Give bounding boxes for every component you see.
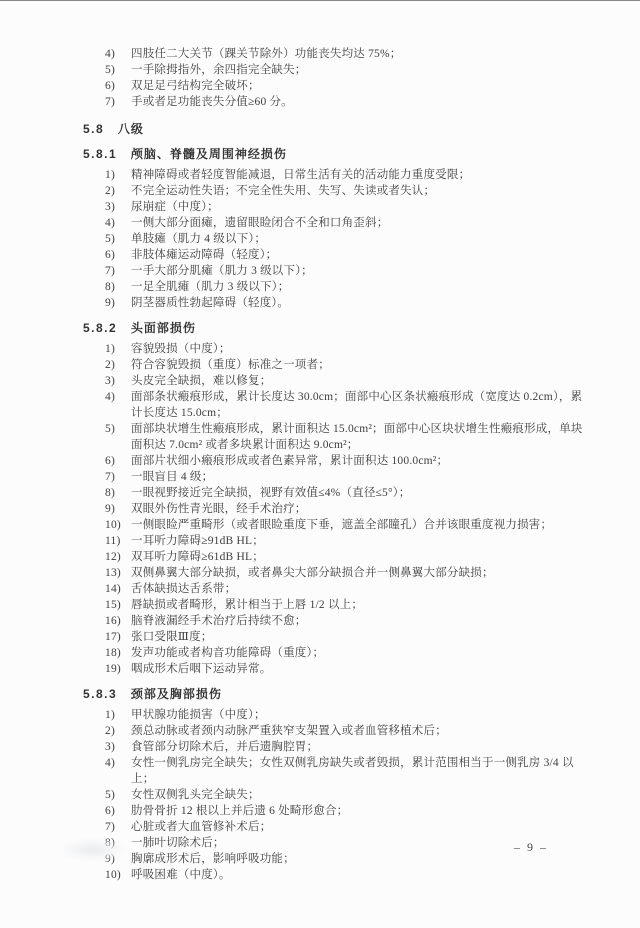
- list-item: 7) 一手大部分肌瘫（肌力 3 级以下）；: [105, 263, 585, 279]
- list-item: 5) 女性双侧乳头完全缺失；: [105, 787, 585, 803]
- subsection-heading: 5.8.1 颅脑、脊髓及周围神经损伤: [83, 146, 585, 162]
- item-text: 不完全运动性失语；不完全性失用、失写、失读或者失认；: [131, 185, 435, 197]
- list-item: 7) 心脏或者大血管修补术后；: [105, 819, 585, 835]
- item-text: 一耳听力障碍≥91dB HL；: [131, 535, 264, 547]
- subsection: 5.8.3 颈部及胸部损伤 1) 甲状腺功能损害（中度）；: [105, 686, 585, 883]
- list-item: 9) 双眼外伤性青光眼，经手术治疗；: [105, 501, 585, 517]
- page-number: – 9 –: [514, 840, 548, 855]
- list-item: 13) 双侧鼻翼大部分缺损，或者鼻尖大部分缺损合并一侧鼻翼大部分缺损；: [105, 565, 585, 581]
- item-text: 胸廓成形术后，影响呼吸功能；: [131, 853, 295, 865]
- item-text: 双眼外伤性青光眼，经手术治疗；: [131, 503, 307, 515]
- list-item: 11) 一耳听力障碍≥91dB HL；: [105, 533, 585, 549]
- item-number: 2): [105, 357, 129, 373]
- item-text: 一手除拇指外，余四指完全缺失；: [131, 64, 307, 76]
- sections-container: 5.8 八级 5.8.1 颅脑、脊髓及周围神经损伤: [105, 121, 585, 883]
- list-item: 5) 面部块状增生性瘢痕形成，累计面积达 15.0cm²；面部中心区块状增生性瘢…: [105, 421, 585, 453]
- item-number: 11): [105, 533, 129, 549]
- item-text: 女性双侧乳头完全缺失；: [131, 789, 260, 801]
- subsection-number: 5.8.2: [83, 321, 117, 335]
- item-number: 4): [105, 389, 129, 405]
- subsection-title: 颅脑、脊髓及周围神经损伤: [131, 147, 287, 161]
- list-item: 1) 容貌毁损（中度）；: [105, 341, 585, 357]
- subsection-title: 颈部及胸部损伤: [131, 687, 222, 701]
- list-item: 3) 头皮完全缺损，难以修复；: [105, 373, 585, 389]
- item-number: 14): [105, 581, 129, 597]
- item-text: 双足足弓结构完全破坏；: [131, 80, 260, 92]
- item-text: 非肢体瘫运动障碍（轻度）；: [131, 249, 277, 261]
- item-text: 发声功能或者构音功能障碍（重度）；: [131, 647, 324, 659]
- list-item: 2) 不完全运动性失语；不完全性失用、失写、失读或者失认；: [105, 183, 585, 199]
- list-item: 10) 呼吸困难（中度）。: [105, 867, 585, 883]
- scan-edge-line: [0, 0, 640, 1]
- list-item: 18) 发声功能或者构音功能障碍（重度）；: [105, 645, 585, 661]
- item-text: 手或者足功能丧失分值≥60 分。: [131, 96, 293, 108]
- item-text: 面部条状瘢痕形成，累计长度达 30.0cm；面部中心区条状瘢痕形成（宽度达 0.…: [131, 391, 582, 419]
- scanned-document-page: 4) 四肢任二大关节（踝关节除外）功能丧失均达 75%； 5) 一手除拇指外，余…: [0, 0, 640, 928]
- item-number: 3): [105, 739, 129, 755]
- item-number: 7): [105, 819, 129, 835]
- item-text: 精神障碍或者轻度智能减退，日常生活有关的活动能力重度受限；: [131, 169, 470, 181]
- item-text: 脑脊液漏经手术治疗后持续不愈；: [131, 615, 307, 627]
- list-item: 6) 肋骨骨折 12 根以上并后遗 6 处畸形愈合；: [105, 803, 585, 819]
- item-number: 3): [105, 199, 129, 215]
- item-text: 容貌毁损（中度）；: [131, 343, 231, 355]
- item-text: 食管部分切除术后，并后遗胸腔胃；: [131, 741, 318, 753]
- item-number: 8): [105, 485, 129, 501]
- item-text: 面部片状细小瘢痕形成或者色素异常，累计面积达 100.0cm²；: [131, 455, 448, 467]
- item-number: 10): [105, 867, 129, 883]
- item-text: 单肢瘫（肌力 4 级以下）；: [131, 233, 266, 245]
- item-text: 颈总动脉或者颈内动脉严重狭窄支架置入或者血管移植术后；: [131, 725, 447, 737]
- list-item: 1) 精神障碍或者轻度智能减退，日常生活有关的活动能力重度受限；: [105, 167, 585, 183]
- subsection-item-list: 1) 甲状腺功能损害（中度）； 2) 颈总动脉或者颈内动脉严重狭窄支架置入或者血…: [105, 707, 585, 883]
- list-item: 6) 面部片状细小瘢痕形成或者色素异常，累计面积达 100.0cm²；: [105, 453, 585, 469]
- item-number: 13): [105, 565, 129, 581]
- list-item: 9) 胸廓成形术后，影响呼吸功能；: [105, 851, 585, 867]
- item-text: 头皮完全缺损，难以修复；: [131, 375, 271, 387]
- list-item: 14) 舌体缺损达舌系带；: [105, 581, 585, 597]
- item-text: 咽成形术后咽下运动异常。: [131, 663, 271, 675]
- item-number: 6): [105, 453, 129, 469]
- list-item: 4) 面部条状瘢痕形成，累计长度达 30.0cm；面部中心区条状瘢痕形成（宽度达…: [105, 389, 585, 421]
- item-number: 15): [105, 597, 129, 613]
- section-title: 八级: [118, 122, 144, 136]
- item-number: 6): [105, 247, 129, 263]
- item-number: 5): [105, 421, 129, 437]
- subsection-title: 头面部损伤: [131, 321, 196, 335]
- list-item: 7) 手或者足功能丧失分值≥60 分。: [105, 94, 585, 110]
- item-text: 一足全肌瘫（肌力 3 级以下）；: [131, 281, 289, 293]
- item-number: 7): [105, 94, 129, 110]
- item-number: 19): [105, 661, 129, 677]
- list-item: 7) 一眼盲目 4 级；: [105, 469, 585, 485]
- list-item: 10) 一侧眼睑严重畸形（或者眼睑重度下垂，遮盖全部瞳孔）合并该眼重度视力损害；: [105, 517, 585, 533]
- item-number: 5): [105, 231, 129, 247]
- item-number: 5): [105, 787, 129, 803]
- item-number: 17): [105, 629, 129, 645]
- item-number: 4): [105, 46, 129, 62]
- item-number: 9): [105, 295, 129, 311]
- item-text: 唇缺损或者畸形，累计相当于上唇 1/2 以上；: [131, 599, 363, 611]
- item-text: 一眼视野接近完全缺损，视野有效值≤4%（直径≤5°）；: [131, 487, 410, 499]
- list-item: 2) 颈总动脉或者颈内动脉严重狭窄支架置入或者血管移植术后；: [105, 723, 585, 739]
- list-item: 19) 咽成形术后咽下运动异常。: [105, 661, 585, 677]
- section: 5.8 八级 5.8.1 颅脑、脊髓及周围神经损伤: [105, 121, 585, 883]
- item-text: 一手大部分肌瘫（肌力 3 级以下）；: [131, 265, 313, 277]
- item-number: 10): [105, 517, 129, 533]
- item-number: 1): [105, 707, 129, 723]
- list-item: 12) 双耳听力障碍≥61dB HL；: [105, 549, 585, 565]
- list-item: 4) 一侧大部分面瘫，遗留眼睑闭合不全和口角歪斜；: [105, 215, 585, 231]
- document-content: 4) 四肢任二大关节（踝关节除外）功能丧失均达 75%； 5) 一手除拇指外，余…: [105, 46, 585, 883]
- item-number: 3): [105, 373, 129, 389]
- list-item: 15) 唇缺损或者畸形，累计相当于上唇 1/2 以上；: [105, 597, 585, 613]
- item-text: 一侧大部分面瘫，遗留眼睑闭合不全和口角歪斜；: [131, 217, 388, 229]
- continued-item-list: 4) 四肢任二大关节（踝关节除外）功能丧失均达 75%； 5) 一手除拇指外，余…: [105, 46, 585, 110]
- item-text: 阴茎器质性勃起障碍（轻度）。: [131, 297, 289, 309]
- subsection: 5.8.2 头面部损伤 1) 容貌毁损（中度）；: [105, 320, 585, 677]
- list-item: 17) 张口受限Ⅲ度；: [105, 629, 585, 645]
- item-text: 双耳听力障碍≥61dB HL；: [131, 551, 264, 563]
- list-item: 4) 四肢任二大关节（踝关节除外）功能丧失均达 75%；: [105, 46, 585, 62]
- scan-smudge: [64, 838, 128, 862]
- item-number: 7): [105, 469, 129, 485]
- list-item: 9) 阴茎器质性勃起障碍（轻度）。: [105, 295, 585, 311]
- list-item: 16) 脑脊液漏经手术治疗后持续不愈；: [105, 613, 585, 629]
- list-item: 8) 一足全肌瘫（肌力 3 级以下）；: [105, 279, 585, 295]
- list-item: 8) 一肺叶切除术后；: [105, 835, 585, 851]
- item-number: 7): [105, 263, 129, 279]
- item-text: 甲状腺功能损害（中度）；: [131, 709, 266, 721]
- item-text: 一眼盲目 4 级；: [131, 471, 213, 483]
- item-number: 16): [105, 613, 129, 629]
- item-text: 女性一侧乳房完全缺失；女性双侧乳房缺失或者毁损，累计范围相当于一侧乳房 3/4 …: [131, 757, 574, 785]
- subsection-heading: 5.8.3 颈部及胸部损伤: [83, 686, 585, 702]
- section-heading: 5.8 八级: [83, 121, 585, 137]
- subsection: 5.8.1 颅脑、脊髓及周围神经损伤 1) 精神障碍或者轻度智能减退，日常生活有…: [105, 146, 585, 311]
- item-number: 2): [105, 723, 129, 739]
- list-item: 5) 单肢瘫（肌力 4 级以下）；: [105, 231, 585, 247]
- item-text: 呼吸困难（中度）。: [131, 869, 231, 881]
- item-number: 4): [105, 755, 129, 771]
- list-item: 4) 女性一侧乳房完全缺失；女性双侧乳房缺失或者毁损，累计范围相当于一侧乳房 3…: [105, 755, 585, 787]
- item-text: 肋骨骨折 12 根以上并后遗 6 处畸形愈合；: [131, 805, 348, 817]
- subsection-number: 5.8.1: [83, 147, 117, 161]
- list-item: 8) 一眼视野接近完全缺损，视野有效值≤4%（直径≤5°）；: [105, 485, 585, 501]
- item-number: 1): [105, 341, 129, 357]
- item-number: 9): [105, 501, 129, 517]
- item-text: 符合容貌毁损（重度）标准之一项者；: [131, 359, 330, 371]
- subsection-item-list: 1) 精神障碍或者轻度智能减退，日常生活有关的活动能力重度受限； 2) 不完全运…: [105, 167, 585, 311]
- item-number: 18): [105, 645, 129, 661]
- subsection-heading: 5.8.2 头面部损伤: [83, 320, 585, 336]
- list-item: 3) 尿崩症（中度）；: [105, 199, 585, 215]
- item-text: 面部块状增生性瘢痕形成，累计面积达 15.0cm²；面部中心区块状增生性瘢痕形成…: [131, 423, 583, 451]
- item-text: 一肺叶切除术后；: [131, 837, 225, 849]
- list-item: 5) 一手除拇指外，余四指完全缺失；: [105, 62, 585, 78]
- item-number: 4): [105, 215, 129, 231]
- subsection-number: 5.8.3: [83, 687, 117, 701]
- item-text: 双侧鼻翼大部分缺损，或者鼻尖大部分缺损合并一侧鼻翼大部分缺损；: [131, 567, 494, 579]
- subsection-item-list: 1) 容貌毁损（中度）； 2) 符合容貌毁损（重度）标准之一项者；: [105, 341, 585, 677]
- list-item: 3) 食管部分切除术后，并后遗胸腔胃；: [105, 739, 585, 755]
- list-item: 1) 甲状腺功能损害（中度）；: [105, 707, 585, 723]
- item-text: 舌体缺损达舌系带；: [131, 583, 236, 595]
- item-text: 张口受限Ⅲ度；: [131, 631, 213, 643]
- list-item: 6) 非肢体瘫运动障碍（轻度）；: [105, 247, 585, 263]
- item-text: 四肢任二大关节（踝关节除外）功能丧失均达 75%；: [131, 48, 401, 60]
- subsections-container: 5.8.1 颅脑、脊髓及周围神经损伤 1) 精神障碍或者轻度智能减退，日常生活有…: [105, 146, 585, 883]
- item-number: 6): [105, 803, 129, 819]
- item-number: 6): [105, 78, 129, 94]
- list-item: 2) 符合容貌毁损（重度）标准之一项者；: [105, 357, 585, 373]
- section-number: 5.8: [83, 122, 104, 136]
- list-item: 6) 双足足弓结构完全破坏；: [105, 78, 585, 94]
- item-text: 心脏或者大血管修补术后；: [131, 821, 271, 833]
- item-number: 12): [105, 549, 129, 565]
- item-number: 8): [105, 279, 129, 295]
- item-text: 尿崩症（中度）；: [131, 201, 219, 213]
- item-text: 一侧眼睑严重畸形（或者眼睑重度下垂，遮盖全部瞳孔）合并该眼重度视力损害；: [131, 519, 552, 531]
- item-number: 2): [105, 183, 129, 199]
- item-number: 5): [105, 62, 129, 78]
- item-number: 1): [105, 167, 129, 183]
